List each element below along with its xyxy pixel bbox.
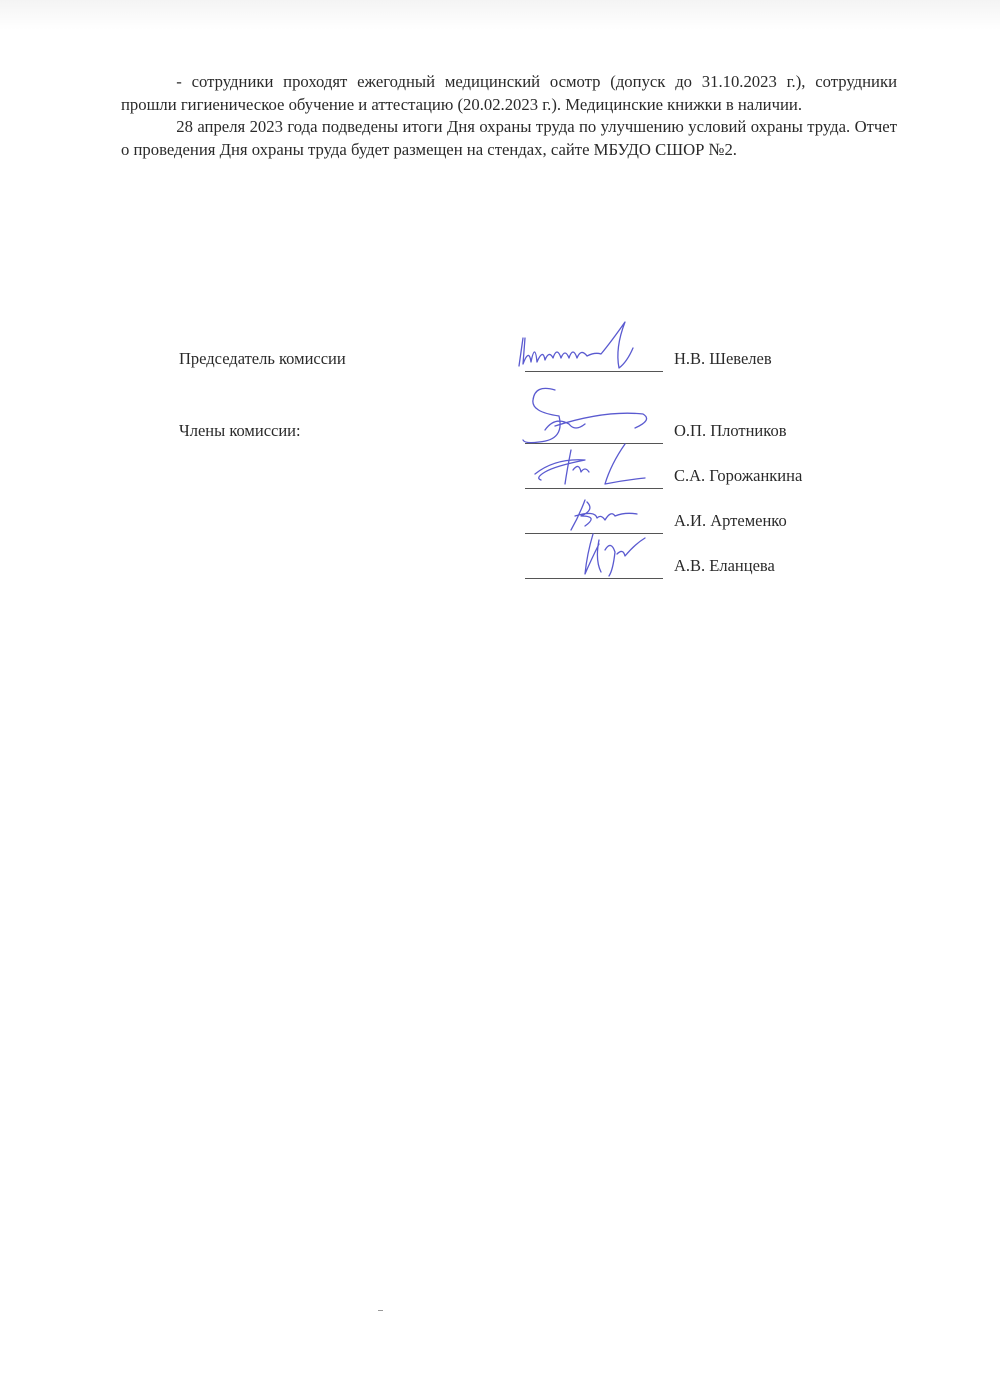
scan-edge-shadow	[0, 0, 1000, 30]
member-name: А.И. Артеменко	[674, 511, 787, 531]
member-name: С.А. Горожанкина	[674, 466, 802, 486]
handwritten-signature-member-4	[515, 530, 665, 580]
signature-row-chair: Председатель комиссии Н.В. Шевелев	[0, 349, 1000, 379]
signature-row-member-1: Члены комиссии: О.П. Плотников	[0, 421, 1000, 451]
members-label: Члены комиссии:	[179, 421, 301, 441]
chair-label: Председатель комиссии	[179, 349, 346, 369]
handwritten-signature-chair	[515, 318, 655, 378]
signature-row-member-2: С.А. Горожанкина	[0, 466, 1000, 496]
handwritten-signature-member-2	[515, 440, 665, 490]
document-body: - сотрудники проходят ежегодный медицинс…	[121, 71, 897, 161]
paragraph-medical-exam: - сотрудники проходят ежегодный медицинс…	[121, 71, 897, 116]
paragraph-labor-day-summary: 28 апреля 2023 года подведены итоги Дня …	[121, 116, 897, 161]
signature-row-member-3: А.И. Артеменко	[0, 511, 1000, 541]
chair-name: Н.В. Шевелев	[674, 349, 772, 369]
signature-row-member-4: А.В. Еланцева	[0, 556, 1000, 586]
member-name: А.В. Еланцева	[674, 556, 775, 576]
member-name: О.П. Плотников	[674, 421, 786, 441]
scan-artifact-mark	[378, 1310, 383, 1311]
